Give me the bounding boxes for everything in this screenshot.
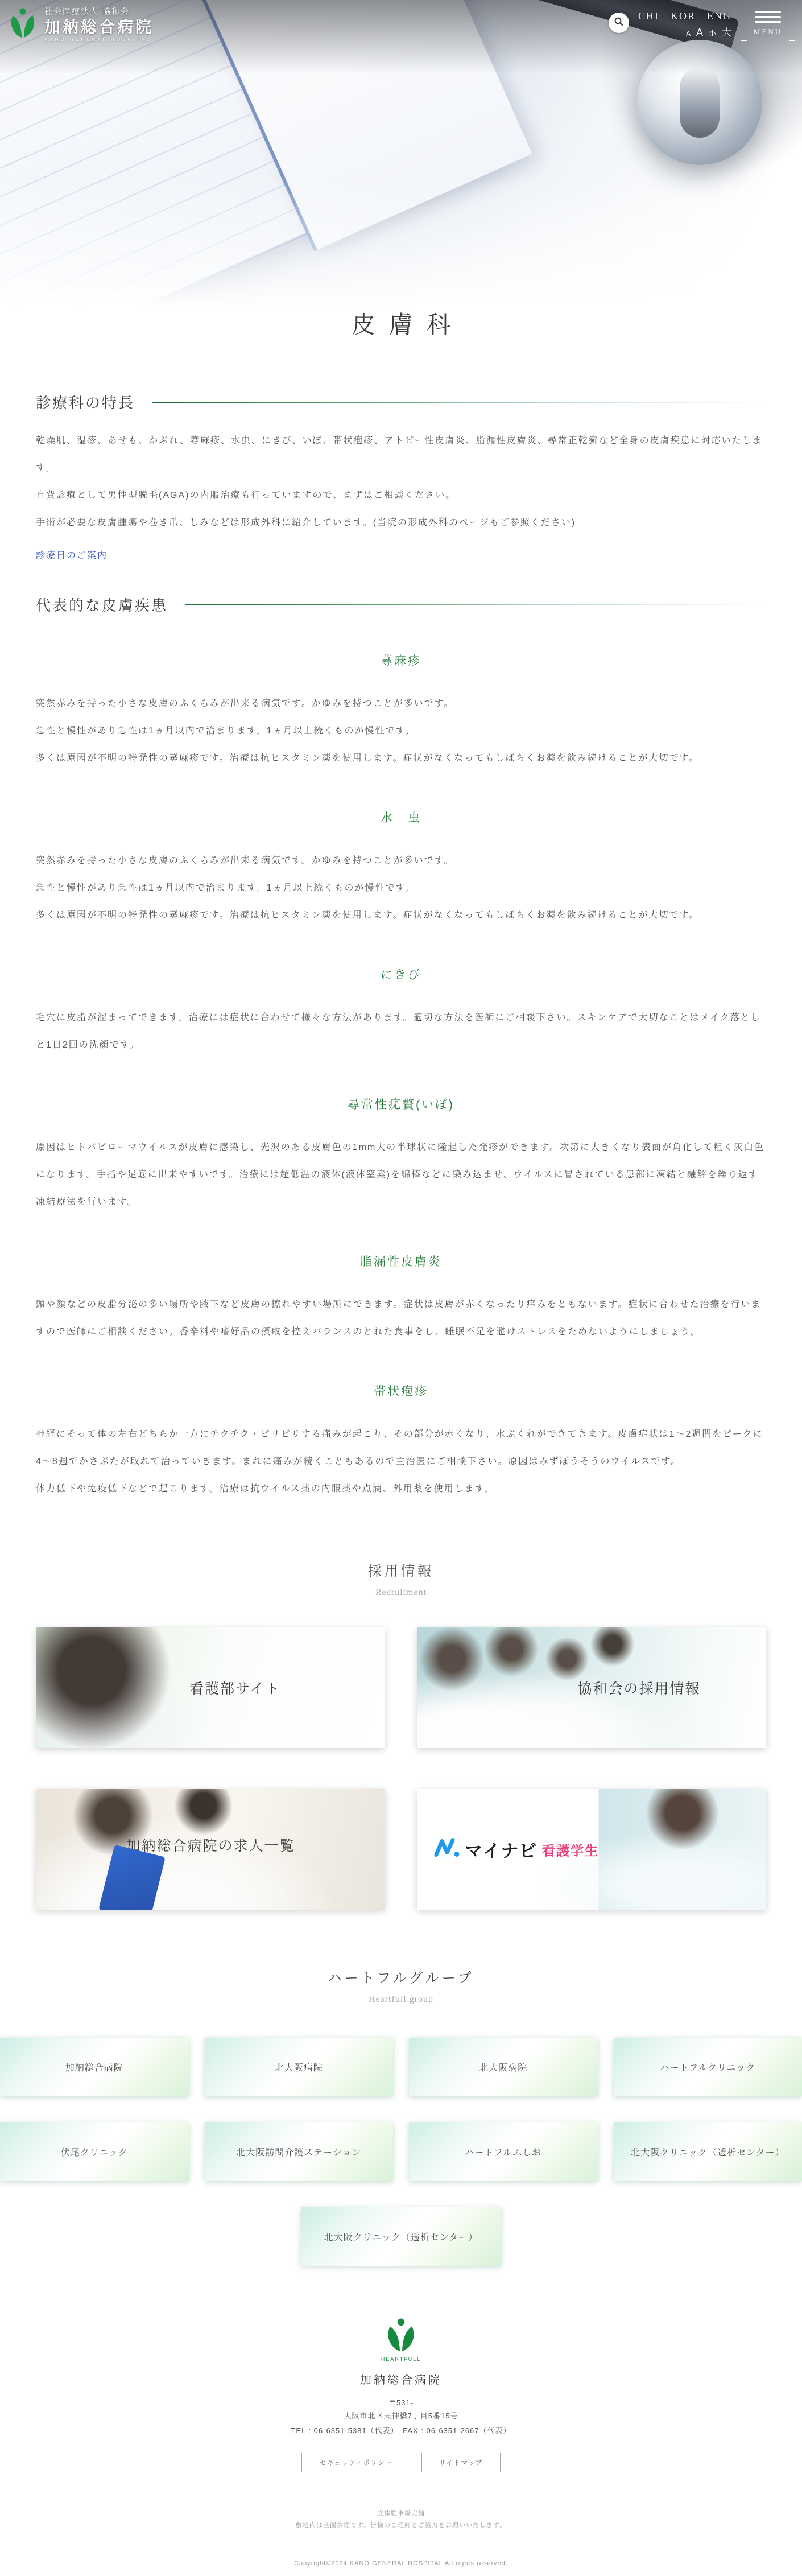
recruitment-subheading: Recruitment (0, 1588, 802, 1598)
group-section-head: ハートフルグループ Heartfull group (0, 1967, 802, 2005)
group-row-1: 加納総合病院 北大阪病院 北大阪病院 ハートフルクリニック (0, 2038, 802, 2096)
features-paragraph: 乾燥肌、湿疹、あせも、かぶれ、蕁麻疹、水虫、にきび、いぼ、帯状疱疹、アトピー性皮… (36, 427, 766, 482)
disease-paragraph: 体力低下や免疫低下などで起こります。治療は抗ウイルス薬の内服薬や点滴、外用薬を使… (36, 1475, 766, 1503)
card-label: 協和会の採用情報 (577, 1678, 700, 1698)
sitemap-link[interactable]: サイトマップ (421, 2453, 501, 2472)
disease-section-athletes-foot: 水 虫 突然赤みを持った小さな皮膚のふくらみが出来る病気です。かゆみを持つことが… (36, 809, 766, 929)
group-btn-heartfull-fushio[interactable]: ハートフルふしお (409, 2122, 598, 2181)
card-label: 看護部サイト (189, 1678, 280, 1698)
heartfull-leaf-icon (385, 2345, 417, 2355)
footer-notes: 立体駐車場完備 敷地内は全面禁煙です。皆様のご理解とご協力をお願いいたします。 (0, 2508, 802, 2532)
footer-note-line: 敷地内は全面禁煙です。皆様のご理解とご協力をお願いいたします。 (0, 2520, 802, 2532)
group-buttons: 加納総合病院 北大阪病院 北大阪病院 ハートフルクリニック 伏尾クリニック 北大… (0, 2038, 802, 2266)
group-btn-fushio-clinic[interactable]: 伏尾クリニック (0, 2122, 189, 2181)
search-icon (614, 17, 624, 30)
features-heading: 診療科の特長 (36, 391, 135, 413)
group-btn-kitaosaka-clinic-dialysis-featured[interactable]: 北大阪クリニック（透析センター） (301, 2207, 501, 2266)
disease-paragraph: 毛穴に皮脂が溜まってできます。治療には症状に合わせて様々な方法があります。適切な… (36, 1004, 766, 1059)
hero-banner: 社会医療法人 協和会 加納総合病院 KANO GENERAL HOSPITAL … (0, 0, 802, 358)
disease-paragraph: 突然赤みを持った小さな皮膚のふくらみが出来る病気です。かゆみを持つことが多いです… (36, 690, 766, 718)
card-kyowakai-recruit[interactable]: 協和会の採用情報 (417, 1627, 766, 1748)
hospital-name: 加納総合病院 (44, 17, 154, 37)
fontsize-a-large[interactable]: A (696, 27, 703, 39)
disease-section-acne: にきび 毛穴に皮脂が溜まってできます。治療には症状に合わせて様々な方法があります… (36, 966, 766, 1059)
disease-title: 帯状疱疹 (36, 1382, 766, 1399)
card-nursing-site[interactable]: 看護部サイト (36, 1627, 385, 1748)
security-policy-link[interactable]: セキュリティポリシー (301, 2453, 410, 2472)
diseases-heading: 代表的な皮膚疾患 (36, 594, 168, 615)
disease-paragraph: 神経にそって体の左右どちらか一方にチクチク・ピリピリする痛みが起こり、その部分が… (36, 1421, 766, 1475)
organization-name: 社会医療法人 協和会 (44, 6, 154, 17)
group-btn-kano-hospital[interactable]: 加納総合病院 (0, 2038, 189, 2096)
mynavi-zigzag-icon (434, 1837, 460, 1862)
disease-title: 尋常性疣贅(いぼ) (36, 1095, 766, 1112)
site-header: 社会医療法人 協和会 加納総合病院 KANO GENERAL HOSPITAL … (0, 0, 802, 42)
recruitment-section-head: 採用情報 Recruitment (0, 1560, 802, 1598)
hospital-logo-text: 社会医療法人 協和会 加納総合病院 KANO GENERAL HOSPITAL (44, 6, 154, 42)
fontsize-a-small[interactable]: A (686, 30, 691, 38)
menu-button[interactable]: MENU (741, 6, 795, 41)
disease-paragraph: 多くは原因が不明の特発性の蕁麻疹です。治療は抗ヒスタミン薬を使用します。症状がな… (36, 902, 766, 929)
fontsize-controls: A A 小 大 (638, 24, 731, 39)
language-switcher: CHI KOR ENG (638, 10, 731, 22)
card-job-listings[interactable]: 加納総合病院の求人一覧 (36, 1789, 385, 1910)
disease-paragraph: 原因はヒトパピローマウイルスが皮膚に感染し、光沢のある皮膚色の1mm大の半球状に… (36, 1134, 766, 1216)
disease-section-warts: 尋常性疣贅(いぼ) 原因はヒトパピローマウイルスが皮膚に感染し、光沢のある皮膚色… (36, 1095, 766, 1216)
hamburger-icon (755, 11, 781, 13)
group-btn-kitaosaka-clinic-dialysis[interactable]: 北大阪クリニック（透析センター） (614, 2122, 802, 2181)
disease-paragraph: 急性と慢性があり急性は1ヵ月以内で治まります。1ヵ月以上続くものが慢性です。 (36, 718, 766, 745)
disease-title: 水 虫 (36, 809, 766, 826)
features-heading-row: 診療科の特長 (36, 391, 766, 413)
disease-title: 蕁麻疹 (36, 652, 766, 669)
group-btn-kitaosaka-homecare-station[interactable]: 北大阪訪問介護ステーション (205, 2122, 394, 2181)
copyright: Copyright©2024 KANO GENERAL HOSPITAL All… (0, 2560, 802, 2576)
fontsize-jp-small[interactable]: 小 (709, 27, 716, 38)
group-btn-heartfull-clinic[interactable]: ハートフルクリニック (614, 2038, 802, 2096)
disease-paragraph: 頭や顔などの皮脂分泌の多い場所や腋下など皮膚の擦れやすい場所にできます。症状は皮… (36, 1291, 766, 1346)
features-paragraph: 自費診療として男性型脱毛(AGA)の内服治療も行っていますので、まずはご相談くだ… (36, 482, 766, 509)
lang-eng[interactable]: ENG (707, 10, 731, 22)
footer-street-address: 大阪市北区天神橋7丁目5番15号 (0, 2409, 802, 2422)
green-divider-line (185, 604, 766, 605)
lang-kor[interactable]: KOR (671, 10, 696, 22)
lang-chi[interactable]: CHI (638, 10, 659, 22)
footer-links: セキュリティポリシー サイトマップ (0, 2453, 802, 2472)
footer-postal-code: 〒531- (0, 2396, 802, 2409)
footer: HEARTFULL 加納総合病院 〒531- 大阪市北区天神橋7丁目5番15号 … (0, 2317, 802, 2576)
fontsize-jp-large[interactable]: 大 (722, 24, 731, 39)
language-and-fontsize: CHI KOR ENG A A 小 大 (638, 6, 731, 39)
footer-address: 〒531- 大阪市北区天神橋7丁目5番15号 (0, 2396, 802, 2422)
green-divider-line (152, 402, 766, 403)
page-title: 皮膚科 (0, 306, 802, 340)
recruitment-heading: 採用情報 (0, 1560, 802, 1580)
recruitment-cards: 看護部サイト 協和会の採用情報 加納総合病院の求人一覧 マイナビ 看護学生 (36, 1627, 766, 1910)
group-btn-kitaosaka-hospital-2[interactable]: 北大阪病院 (409, 2038, 598, 2096)
hospital-logo[interactable]: 社会医療法人 協和会 加納総合病院 KANO GENERAL HOSPITAL (8, 6, 154, 42)
hospital-logo-icon (8, 7, 38, 42)
search-button[interactable] (609, 13, 629, 33)
disease-paragraph: 急性と慢性があり急性は1ヵ月以内で治まります。1ヵ月以上続くものが慢性です。 (36, 875, 766, 902)
disease-title: にきび (36, 966, 766, 983)
disease-section-shingles: 帯状疱疹 神経にそって体の左右どちらか一方にチクチク・ピリピリする痛みが起こり、… (36, 1382, 766, 1503)
card-label: 加納総合病院の求人一覧 (126, 1835, 295, 1855)
footer-tel-fax: TEL : 06-6351-5381（代表） FAX : 06-6351-266… (0, 2425, 802, 2435)
group-heading: ハートフルグループ (0, 1967, 802, 1986)
mynavi-wordmark: マイナビ (465, 1837, 537, 1862)
disease-paragraph: 突然赤みを持った小さな皮膚のふくらみが出来る病気です。かゆみを持つことが多いです… (36, 847, 766, 875)
header-utilities: CHI KOR ENG A A 小 大 MENU (609, 6, 795, 41)
card-mynavi-nursing[interactable]: マイナビ 看護学生 (417, 1789, 766, 1910)
footer-note-line: 立体駐車場完備 (0, 2508, 802, 2520)
features-paragraph: 手術が必要な皮膚腫瘍や巻き爪、しみなどは形成外科に紹介しています。(当院の形成外… (36, 509, 766, 537)
diseases-heading-row: 代表的な皮膚疾患 (36, 594, 766, 615)
disease-paragraph: 多くは原因が不明の特発性の蕁麻疹です。治療は抗ヒスタミン薬を使用します。症状がな… (36, 745, 766, 772)
mynavi-logo: マイナビ 看護学生 (434, 1837, 598, 1862)
group-subheading: Heartfull group (0, 1994, 802, 2005)
disease-section-seborrheic-dermatitis: 脂漏性皮膚炎 頭や顔などの皮脂分泌の多い場所や腋下など皮膚の擦れやすい場所にでき… (36, 1252, 766, 1346)
menu-label: MENU (754, 27, 782, 36)
main-content: 診療科の特長 乾燥肌、湿疹、あせも、かぶれ、蕁麻疹、水虫、にきび、いぼ、帯状疱疹… (0, 391, 802, 1503)
disease-section-urticaria: 蕁麻疹 突然赤みを持った小さな皮膚のふくらみが出来る病気です。かゆみを持つことが… (36, 652, 766, 772)
disease-title: 脂漏性皮膚炎 (36, 1252, 766, 1270)
mynavi-nursing-students-label: 看護学生 (541, 1840, 598, 1860)
stethoscope-chestpiece (680, 67, 720, 138)
heartfull-label: HEARTFULL (381, 2356, 421, 2362)
footer-hospital-name: 加納総合病院 (0, 2371, 802, 2387)
consultation-days-link[interactable]: 診療日のご案内 (36, 548, 108, 561)
hospital-name-en: KANO GENERAL HOSPITAL (44, 37, 154, 42)
group-row-2: 伏尾クリニック 北大阪訪問介護ステーション ハートフルふしお 北大阪クリニック（… (0, 2122, 802, 2181)
footer-logo: HEARTFULL (381, 2317, 421, 2362)
group-btn-kitaosaka-hospital-1[interactable]: 北大阪病院 (205, 2038, 394, 2096)
